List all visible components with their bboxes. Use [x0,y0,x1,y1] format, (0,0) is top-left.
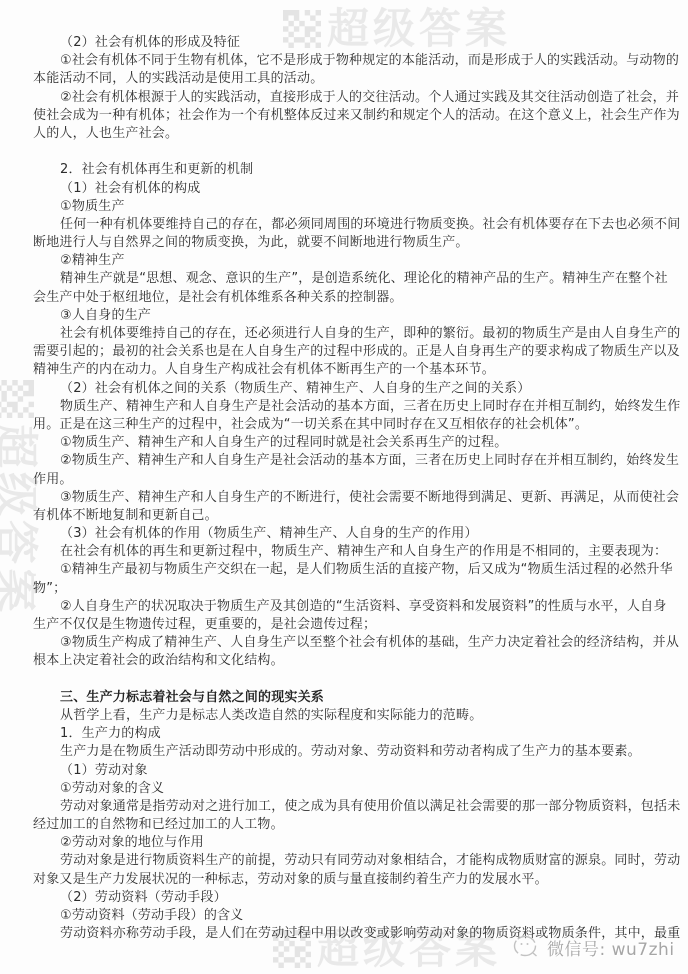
text-line: 人的人，人也生产社会。 [33,125,668,143]
text-line: ②精神生产 [33,252,668,270]
text-line: 三、生产力标志着社会与自然之间的现实关系 [33,689,668,707]
text-line: 生产不仅仅是生物遗传过程，更重要的，是社会遗传过程； [33,616,668,634]
text-line: 有机体不断地复制和更新自己。 [33,507,668,525]
text-line: 物质生产、精神生产和人自身生产是社会活动的基本方面，三者在历史上同时存在并相互制… [33,398,668,416]
text-line: 在社会有机体的再生和更新过程中，物质生产、精神生产和人自身生产的作用是不相同的，… [33,543,668,561]
text-line: 会生产中处于枢纽地位，是社会有机体维系各种关系的控制器。 [33,289,668,307]
text-line: （1）劳动对象 [33,762,668,780]
text-line: ②社会有机体根源于人的实践活动，直接形成于人的交往活动。个人通过实践及其交往活动… [33,89,668,107]
text-line [33,143,668,161]
text-line: 作用。 [33,471,668,489]
text-line: ③人自身的生产 [33,307,668,325]
text-line: （2）社会有机体之间的关系（物质生产、精神生产、人自身的生产之间的关系） [33,380,668,398]
text-line: （2）劳动资料（劳动手段） [33,889,668,907]
text-line: 社会有机体要维持自己的存在，还必须进行人自身的生产，即种的繁衍。最初的物质生产是… [33,325,668,343]
text-line: 劳动对象通常是指劳动对之进行加工，使之成为具有使用价值以满足社会需要的那一部分物… [33,798,668,816]
text-line: ②劳动对象的地位与作用 [33,834,668,852]
text-line: 任何一种有机体要维持自己的存在，都必须同周围的环境进行物质变换。社会有机体要存在… [33,216,668,234]
qr-code-icon [0,380,35,418]
text-line: ①物质生产 [33,198,668,216]
wechat-contact: 微信号: wu7zhi [512,934,675,960]
text-line: 需要引起的；最初的社会关系也是在人自身生产的过程中形成的。正是人自身再生产的要求… [33,343,668,361]
text-line: 本能活动不同，人的实践活动是使用工具的活动。 [33,70,668,88]
text-line: 生产力是在物质生产活动即劳动中形成的。劳动对象、劳动资料和劳动者构成了生产力的基… [33,743,668,761]
text-line [33,671,668,689]
text-line: （3）社会有机体的作用（物质生产、精神生产、人自身的生产的作用） [33,525,668,543]
document-page: 超级答案 超级答案 超级答案 （2）社会有机体的形成及特征①社会有机体不同于生物… [0,0,688,974]
text-line: 物”； [33,580,668,598]
text-line: 用。正是在这三种生产的过程中，社会成为“一切关系在其中同时存在又互相依存的社会机… [33,416,668,434]
text-line: 1．生产力的构成 [33,725,668,743]
wechat-id-label: 微信号: wu7zhi [547,935,675,960]
text-line: 劳动对象是进行物质资料生产的前提，劳动只有同劳动对象相结合，才能构成物质财富的源… [33,852,668,870]
text-line: ③物质生产、精神生产和人自身生产的不断进行，使社会需要不断地得到满足、更新、再满… [33,489,668,507]
text-line: 精神生产就是“思想、观念、意识的生产”，是创造系统化、理论化的精神产品的生产。精… [33,270,668,288]
watermark-text: 超级答案 [0,424,37,616]
wechat-icon [512,934,540,960]
text-line: ①社会有机体不同于生物有机体，它不是形成于物种规定的本能活动，而是形成于人的实践… [33,52,668,70]
text-line: ②人自身生产的状况取决于物质生产及其创造的“生活资料、享受资料和发展资料”的性质… [33,598,668,616]
text-line: ①劳动资料（劳动手段）的含义 [33,907,668,925]
text-line: 2．社会有机体再生和更新的机制 [33,161,668,179]
text-line: 对象又是生产力发展状况的一种标志，劳动对象的质与量直接制约着生产力的发展水平。 [33,871,668,889]
watermark-left: 超级答案 [0,380,37,616]
text-line: （1）社会有机体的构成 [33,180,668,198]
text-line: （2）社会有机体的形成及特征 [33,34,668,52]
text-line: 精神生产的内在动力。人自身生产构成社会有机体不断再生产的一个基本环节。 [33,361,668,379]
document-lines: （2）社会有机体的形成及特征①社会有机体不同于生物有机体，它不是形成于物种规定的… [33,34,668,943]
text-line: 断地进行人与自然界之间的物质变换，为此，就要不间断地进行物质生产。 [33,234,668,252]
text-line: 经过加工的自然物和已经过加工的人工物。 [33,816,668,834]
text-line: 根本上决定着社会的政治结构和文化结构。 [33,652,668,670]
text-line: 从哲学上看，生产力是标志人类改造自然的实际程度和实际能力的范畴。 [33,707,668,725]
text-line: ②物质生产、精神生产和人自身生产是社会活动的基本方面，三者在历史上同时存在并相互… [33,452,668,470]
text-line: ①精神生产最初与物质生产交织在一起，是人们物质生活的直接产物，后又成为“物质生活… [33,561,668,579]
text-line: ①物质生产、精神生产和人自身生产的过程同时就是社会关系再生产的过程。 [33,434,668,452]
text-line: ③物质生产构成了精神生产、人自身生产以至整个社会有机体的基础，生产力决定着社会的… [33,634,668,652]
text-line: ①劳动对象的含义 [33,780,668,798]
text-line: 使社会成为一种有机体；社会作为一个有机整体反过来又制约和规定个人的活动。在这个意… [33,107,668,125]
